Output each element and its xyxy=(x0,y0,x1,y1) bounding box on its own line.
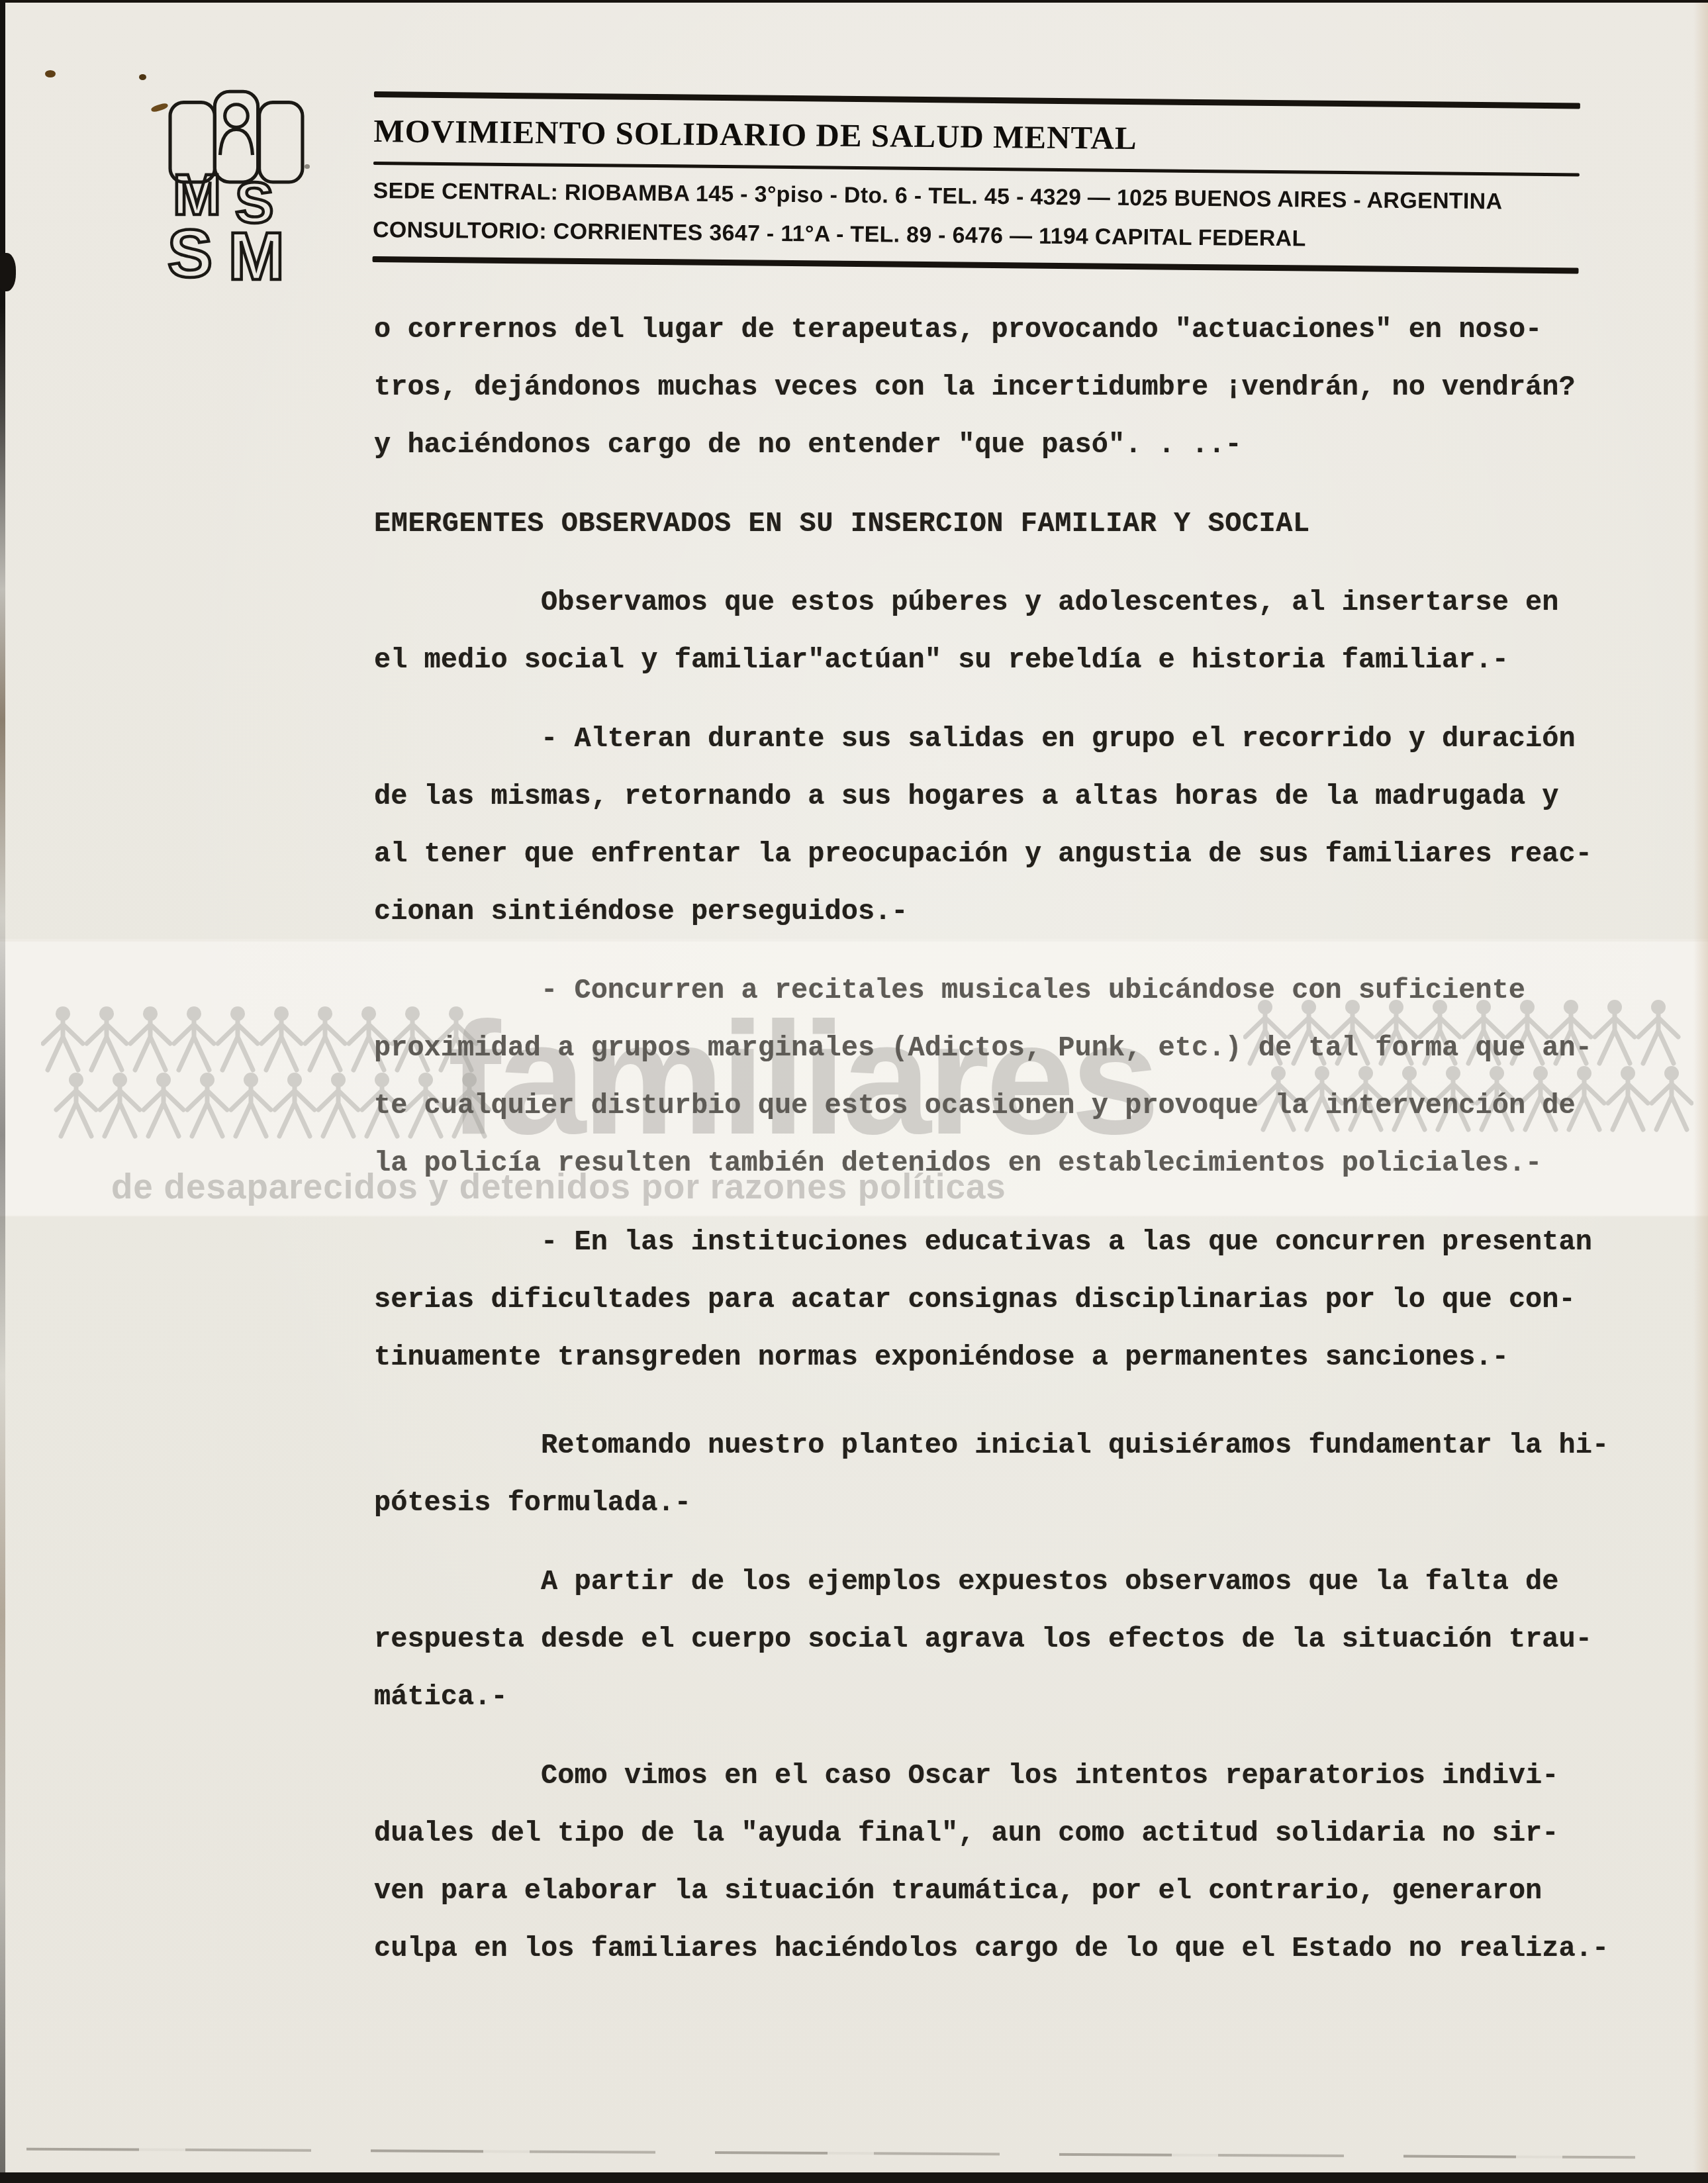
body-paragraph: Retomando nuestro planteo inicial quisié… xyxy=(374,1417,1619,1532)
org-logo-mssm-icon: M S S M xyxy=(152,81,322,283)
body-paragraph: Observamos que estos púberes y adolescen… xyxy=(374,574,1619,689)
body-paragraph: - En las instituciones educativas a las … xyxy=(374,1214,1619,1386)
document-page: familiares de desaparecidos y detenidos … xyxy=(0,0,1708,2183)
scan-edge-left xyxy=(0,0,5,2183)
letterhead-address-line2: CONSULTORIO: CORRIENTES 3647 - 11°A - TE… xyxy=(373,217,1579,254)
scan-edge-top xyxy=(0,0,1708,3)
paper-speck xyxy=(139,74,146,80)
body-paragraph: Como vimos en el caso Oscar los intentos… xyxy=(374,1747,1619,1978)
scan-smudge-line xyxy=(26,2148,1635,2159)
typewritten-body: o corrernos del lugar de terapeutas, pro… xyxy=(374,301,1619,1999)
logo-letter-s2: S xyxy=(167,216,213,283)
logo-letter-m2: M xyxy=(228,218,285,283)
letterhead: MOVIMIENTO SOLIDARIO DE SALUD MENTAL SED… xyxy=(373,91,1580,273)
paper-speck xyxy=(0,253,16,291)
body-paragraph: - Alteran durante sus salidas en grupo e… xyxy=(374,710,1619,941)
scan-edge-right xyxy=(1693,0,1708,2183)
letterhead-address-line1: SEDE CENTRAL: RIOBAMBA 145 - 3°piso - Dt… xyxy=(373,178,1579,215)
body-paragraph: - Concurren a recitales musicales ubicán… xyxy=(374,962,1619,1192)
org-name: MOVIMIENTO SOLIDARIO DE SALUD MENTAL xyxy=(373,112,1580,161)
body-paragraph: A partir de los ejemplos expuestos obser… xyxy=(374,1553,1619,1726)
paper-speck xyxy=(305,164,310,169)
letterhead-rule-bottom xyxy=(373,256,1579,273)
letterhead-rule-middle xyxy=(373,162,1580,176)
section-heading: EMERGENTES OBSERVADOS EN SU INSERCION FA… xyxy=(374,495,1619,553)
letterhead-rule-top xyxy=(374,91,1580,109)
paper-speck xyxy=(45,70,56,77)
body-paragraph: o corrernos del lugar de terapeutas, pro… xyxy=(374,301,1619,474)
scan-edge-bottom xyxy=(0,2172,1708,2183)
